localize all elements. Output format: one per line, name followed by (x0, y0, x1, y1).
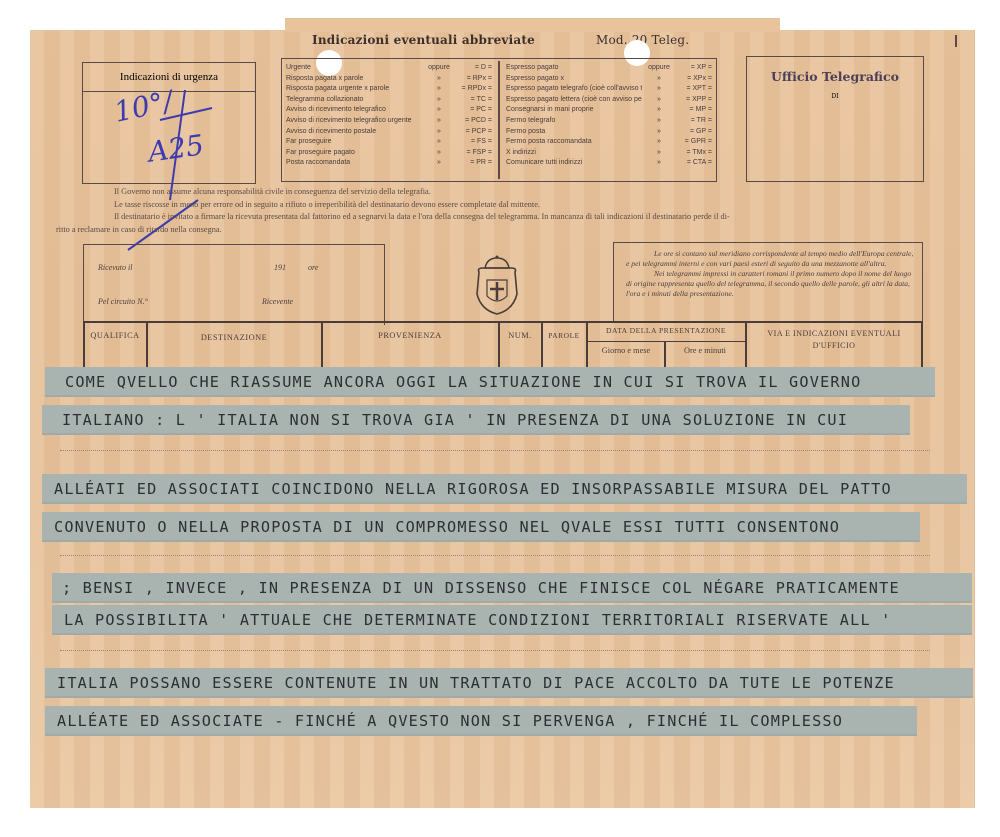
abbreviation-row: Telegramma collazionato»= TC = (286, 95, 492, 106)
abbreviation-label: Fermo telegrafo (506, 116, 642, 127)
message-strip: LA POSSIBILITA ' ATTUALE CHE DETERMINATE… (52, 605, 972, 635)
abbreviation-or: » (642, 148, 676, 159)
abbreviation-label: Espresso pagato telegrafo (cioè coll'avv… (506, 84, 642, 95)
office-box: Ufficio Telegrafico DI (746, 56, 924, 182)
received-box (83, 244, 385, 325)
abbreviation-or: » (642, 137, 676, 148)
time-notes-box: Le ore si contano sul meridiano corrispo… (613, 242, 923, 321)
abbreviation-label: Fermo posta raccomandata (506, 137, 642, 148)
abbreviation-row: Consegnarsi in mani proprie»= MP = (506, 105, 712, 116)
col-data-presentazione: DATA DELLA PRESENTAZIONE (588, 326, 744, 335)
col-destinazione: DESTINAZIONE (148, 333, 320, 342)
abbreviation-or: » (642, 95, 676, 106)
abbreviations-header: Indicazioni eventuali abbreviate (312, 33, 535, 47)
abbreviation-row: Risposta pagata x parole»= RPx = (286, 74, 492, 85)
abbreviation-or: » (422, 105, 456, 116)
col-num: NUM. (500, 331, 540, 340)
abbreviation-or: » (642, 74, 676, 85)
abbreviation-label: Espresso pagato (506, 63, 642, 74)
abbreviation-or: » (642, 84, 676, 95)
abbreviation-label: Urgente (286, 63, 422, 74)
abbreviation-row: Risposta pagata urgente x parole»= RPDx … (286, 84, 492, 95)
abbreviation-or: » (422, 95, 456, 106)
abbreviation-code: = GP = (676, 127, 712, 138)
circuit-label: Pel circuito N.° (98, 297, 148, 306)
col-parole: PAROLE (542, 331, 586, 340)
abbreviation-row: Fermo telegrafo»= TR = (506, 116, 712, 127)
abbreviation-or: » (642, 127, 676, 138)
abbreviation-or: » (422, 137, 456, 148)
abbreviation-or: oppure (642, 63, 676, 74)
abbreviation-label: Espresso pagato lettera (cioè con avviso… (506, 95, 642, 106)
abbreviation-code: = PC = (456, 105, 492, 116)
abbreviation-code: = TR = (676, 116, 712, 127)
note-line: Il destinatario è invitato a firmare la … (82, 211, 962, 224)
abbreviation-or: » (422, 158, 456, 169)
col-provenienza: PROVENIENZA (323, 331, 497, 340)
abbreviation-code: = FS = (456, 137, 492, 148)
savoy-coat-of-arms-icon (473, 254, 521, 318)
col-via-ufficio: D'UFFICIO (747, 341, 921, 350)
abbreviation-or: » (422, 127, 456, 138)
abbreviation-code: = PR = (456, 158, 492, 169)
abbreviations-table: Urgenteoppure= D =Risposta pagata x paro… (281, 58, 717, 182)
message-strip: ; BENSI , INVECE , IN PRESENZA DI UN DIS… (52, 573, 972, 603)
column-divider (83, 321, 85, 369)
abbreviation-row: Avviso di ricevimento postale»= PCP = (286, 127, 492, 138)
message-strip: ITALIA POSSANO ESSERE CONTENUTE IN UN TR… (45, 668, 973, 698)
abbreviation-row: X indirizzi»= TMx = (506, 148, 712, 159)
abbreviation-or: » (422, 116, 456, 127)
corner-mark (955, 35, 957, 47)
abbreviations-right: Espresso pagatooppure= XP =Espresso paga… (506, 63, 712, 169)
form-top-tab (285, 18, 780, 32)
column-divider (146, 321, 148, 369)
message-strip: ALLÉATE ED ASSOCIATE - FINCHÉ A QVESTO N… (45, 706, 917, 736)
col-giorno-mese: Giorno e mese (588, 346, 664, 355)
note-line: Il Governo non assume alcuna responsabil… (82, 186, 962, 199)
abbreviation-row: Avviso di ricevimento telegrafico urgent… (286, 116, 492, 127)
abbreviation-label: Avviso di ricevimento postale (286, 127, 422, 138)
abbreviation-code: = GPR = (676, 137, 712, 148)
abbreviation-label: Avviso di ricevimento telegrafico (286, 105, 422, 116)
abbreviation-label: Risposta pagata urgente x parole (286, 84, 422, 95)
abbreviation-code: = RPx = (456, 74, 492, 85)
table-top-rule (83, 321, 923, 323)
note-line: ritto a reclamare in caso di ritardo nel… (56, 224, 962, 237)
abbreviation-row: Fermo posta raccomandata»= GPR = (506, 137, 712, 148)
abbreviations-left: Urgenteoppure= D =Risposta pagata x paro… (286, 63, 492, 169)
terms-notes: Il Governo non assume alcuna responsabil… (82, 186, 962, 236)
abbreviation-or: » (422, 148, 456, 159)
dotted-rule (60, 555, 930, 556)
column-divider (541, 321, 543, 369)
abbreviation-code: = RPDx = (456, 84, 492, 95)
column-divider (321, 321, 323, 369)
roman-note: Nei telegrammi impressi in caratteri rom… (626, 269, 916, 299)
col-via: VIA E INDICAZIONI EVENTUALI (747, 329, 921, 338)
abbreviation-row: Espresso pagato telegrafo (cioè coll'avv… (506, 84, 712, 95)
abbreviation-code: = XP = (676, 63, 712, 74)
abbreviation-label: Risposta pagata x parole (286, 74, 422, 85)
abbreviation-label: Espresso pagato x (506, 74, 642, 85)
subheader-rule (587, 341, 745, 342)
office-di: DI (747, 93, 923, 100)
abbreviation-code: = XPP = (676, 95, 712, 106)
col-ore-minuti: Ore e minuti (666, 346, 744, 355)
abbreviation-label: Posta raccomandata (286, 158, 422, 169)
abbreviation-row: Far proseguire pagato»= FSP = (286, 148, 492, 159)
dotted-rule (60, 650, 930, 651)
abbreviation-code: = TC = (456, 95, 492, 106)
abbreviation-label: Comunicare tutti indirizzi (506, 158, 642, 169)
meridian-note: Le ore si contano sul meridiano corrispo… (626, 249, 916, 269)
abbreviation-or: » (422, 84, 456, 95)
abbreviation-label: Fermo posta (506, 127, 642, 138)
office-title: Ufficio Telegrafico (747, 69, 923, 84)
abbreviation-row: Urgenteoppure= D = (286, 63, 492, 74)
abbreviation-label: Far proseguire pagato (286, 148, 422, 159)
col-qualifica: QUALIFICA (85, 331, 145, 340)
message-strip: CONVENUTO O NELLA PROPOSTA DI UN COMPROM… (42, 512, 920, 542)
message-strip: COME QVELLO CHE RIASSUME ANCORA OGGI LA … (45, 367, 935, 397)
abbreviation-code: = MP = (676, 105, 712, 116)
abbreviation-label: Far proseguire (286, 137, 422, 148)
abbreviation-row: Posta raccomandata»= PR = (286, 158, 492, 169)
abbreviation-code: = D = (456, 63, 492, 74)
abbreviation-row: Far proseguire»= FS = (286, 137, 492, 148)
abbreviation-row: Comunicare tutti indirizzi»= CTA = (506, 158, 712, 169)
abbreviation-row: Espresso pagato x»= XPx = (506, 74, 712, 85)
abbreviation-or: oppure (422, 63, 456, 74)
abbreviation-code: = PCD = (456, 116, 492, 127)
abbreviation-code: = CTA = (676, 158, 712, 169)
column-divider (498, 321, 500, 369)
time-notes: Le ore si contano sul meridiano corrispo… (626, 249, 916, 299)
abbreviation-row: Espresso pagato lettera (cioè con avviso… (506, 95, 712, 106)
year-label: 191 (274, 263, 286, 272)
dotted-rule (60, 450, 930, 451)
abbreviation-or: » (642, 158, 676, 169)
message-strip: ALLÉATI ED ASSOCIATI COINCIDONO NELLA RI… (42, 474, 967, 504)
abbreviation-or: » (422, 74, 456, 85)
abbreviation-label: X indirizzi (506, 148, 642, 159)
abbreviation-or: » (642, 105, 676, 116)
abbreviation-row: Fermo posta»= GP = (506, 127, 712, 138)
abbreviation-code: = PCP = (456, 127, 492, 138)
abbreviation-code: = XPT = (676, 84, 712, 95)
receiver-label: Ricevente (262, 297, 293, 306)
abbreviation-code: = XPx = (676, 74, 712, 85)
abbreviation-label: Consegnarsi in mani proprie (506, 105, 642, 116)
abbreviation-label: Avviso di ricevimento telegrafico urgent… (286, 116, 422, 127)
column-divider (921, 321, 923, 369)
abbreviation-code: = TMx = (676, 148, 712, 159)
hour-label: ore (308, 263, 318, 272)
abbreviation-row: Espresso pagatooppure= XP = (506, 63, 712, 74)
note-line: Le tasse riscosse in meno per errore od … (82, 199, 962, 212)
abbreviation-or: » (642, 116, 676, 127)
abbreviation-code: = FSP = (456, 148, 492, 159)
received-label: Ricevuto il (98, 263, 132, 272)
message-strip: ITALIANO : L ' ITALIA NON SI TROVA GIA '… (42, 405, 910, 435)
abbreviation-row: Avviso di ricevimento telegrafico»= PC = (286, 105, 492, 116)
abbreviation-label: Telegramma collazionato (286, 95, 422, 106)
